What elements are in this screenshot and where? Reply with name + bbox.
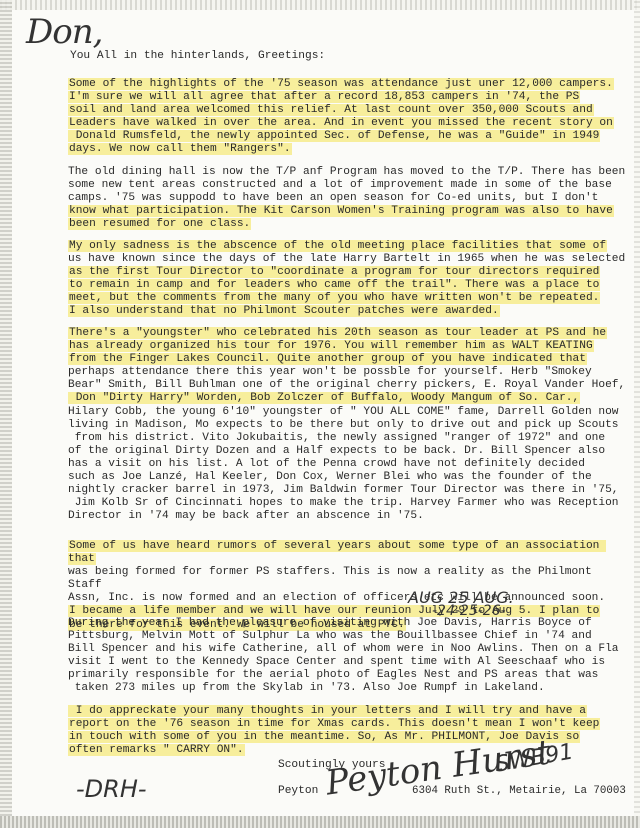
paragraph-dining-hall: The old dining hall is now the T/P anf P…	[68, 166, 628, 231]
text-line: as the first Tour Director to "coordinat…	[68, 266, 628, 279]
text-line: days. We now call them "Rangers".	[68, 143, 628, 156]
text-line: Director in '74 may be back after an abs…	[68, 510, 628, 523]
text-line: visit I went to the Kennedy Space Center…	[68, 656, 628, 669]
handwritten-date-note-2: -24-25-26-	[432, 603, 506, 619]
text-line: know what participation. The Kit Carson …	[68, 205, 628, 218]
scan-bottom-edge	[0, 816, 640, 828]
text-line: Pittsburg, Melvin Mott of Sulphur La who…	[68, 630, 628, 643]
text-line: Bill Spencer and his wife Catherine, all…	[68, 643, 628, 656]
text-line: from his district. Vito Jokubaitis, the …	[68, 432, 628, 445]
text-line: Jim Kolb Sr of Cincinnati hopes to make …	[68, 497, 628, 510]
text-line: Leaders have walked in over the area. An…	[68, 117, 628, 130]
text-line: us have known since the days of the late…	[68, 253, 628, 266]
text-line: has already organized his tour for 1976.…	[68, 340, 628, 353]
paragraph-attendance: Some of the highlights of the '75 season…	[68, 78, 628, 157]
greeting-line: You All in the hinterlands, Greetings:	[70, 50, 325, 62]
text-line: There's a "youngster" who celebrated his…	[68, 327, 628, 340]
text-line: Assn, Inc. is now formed and an election…	[68, 592, 628, 605]
sender-address: 6304 Ruth St., Metairie, La 70003	[412, 785, 626, 797]
text-line: Bear" Smith, Bill Buhlman one of the ori…	[68, 379, 628, 392]
scan-left-edge	[0, 0, 12, 828]
text-line: Hilary Cobb, the young 6'10" youngster o…	[68, 406, 628, 419]
text-line: I do appreckate your many thoughts in yo…	[68, 705, 628, 718]
text-line: Don "Dirty Harry" Worden, Bob Zolczer of…	[68, 392, 628, 405]
text-line: to remain in camp and for leaders who ca…	[68, 279, 628, 292]
text-line: I'm sure we will all agree that after a …	[68, 91, 628, 104]
text-line: perhaps attendance there this year won't…	[68, 366, 628, 379]
text-line: I also understand that no Philmont Scout…	[68, 305, 628, 318]
text-line: from the Finger Lakes Council. Quite ano…	[68, 353, 628, 366]
paragraph-visits: During the year I had the pleasure of vi…	[68, 617, 628, 696]
text-line: nightly cracker barrel in 1973, Jim Bald…	[68, 484, 628, 497]
text-line: camps. '75 was suppodd to have been an o…	[68, 192, 628, 205]
text-line: report on the '76 season in time for Xma…	[68, 718, 628, 731]
text-line: The old dining hall is now the T/P anf P…	[68, 166, 628, 179]
text-line: meet, but the comments from the many of …	[68, 292, 628, 305]
text-line: My only sadness is the abscence of the o…	[68, 240, 628, 253]
text-line: taken 273 miles up from the Skylab in '7…	[68, 682, 628, 695]
text-line: soil and land area welcomed this relief.…	[68, 104, 628, 117]
handwritten-initials: -DRH-	[76, 775, 147, 803]
text-line: has a visit on his list. A lot of the Pe…	[68, 458, 628, 471]
text-line: such as Joe Lanzé, Hal Keeler, Don Cox, …	[68, 471, 628, 484]
text-line: During the year I had the pleasure of vi…	[68, 617, 628, 630]
text-line: of the original Dirty Dozen and a Half e…	[68, 445, 628, 458]
text-line: Some of the highlights of the '75 season…	[68, 78, 628, 91]
text-line: some new tent areas constructed and a lo…	[68, 179, 628, 192]
text-line: Some of us have heard rumors of several …	[68, 540, 628, 566]
sender-name: Peyton	[278, 785, 318, 797]
text-line: living in Madison, Mo expects to be ther…	[68, 419, 628, 432]
paragraph-youngster: There's a "youngster" who celebrated his…	[68, 327, 628, 523]
text-line: primarily responsible for the aerial pho…	[68, 669, 628, 682]
paragraph-meeting-place: My only sadness is the abscence of the o…	[68, 240, 628, 319]
scan-right-edge	[634, 0, 640, 828]
text-line: Donald Rumsfeld, the newly appointed Sec…	[68, 130, 628, 143]
handwritten-salutation: Don,	[26, 12, 102, 52]
text-line: been resumed for one class.	[68, 218, 628, 231]
scan-top-edge	[0, 0, 640, 10]
text-line: was being formed for former PS staffers.…	[68, 566, 628, 592]
